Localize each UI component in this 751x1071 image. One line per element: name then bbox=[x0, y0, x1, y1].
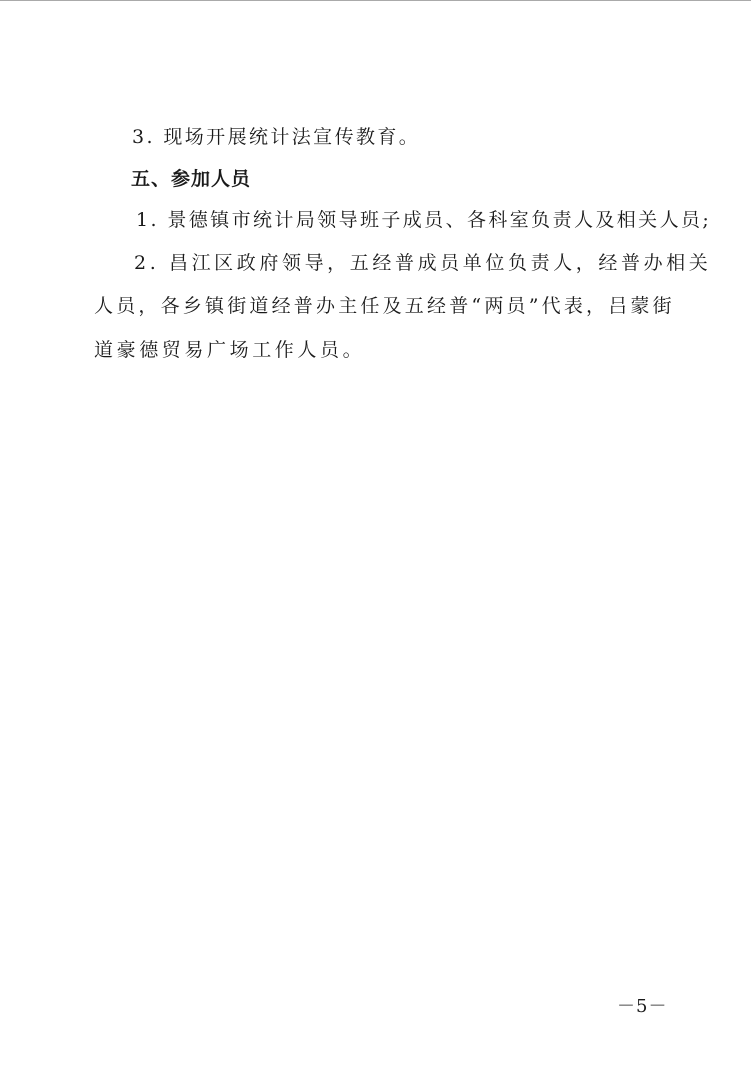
section-heading: 五、参加人员 bbox=[131, 167, 251, 191]
attendee-item-2-line-3: 道豪德贸易广场工作人员。 bbox=[94, 338, 365, 362]
attendee-item-1: 1. 景德镇市统计局领导班子成员、各科室负责人及相关人员; bbox=[136, 208, 711, 232]
list-item-3: 3. 现场开展统计法宣传教育。 bbox=[132, 125, 420, 149]
page-number: －5－ bbox=[617, 992, 667, 1018]
attendee-item-2-line-2: 人员，各乡镇街道经普办主任及五经普“两员”代表，吕蒙街 bbox=[94, 294, 675, 318]
attendee-item-2-line-1: 2. 昌江区政府领导，五经普成员单位负责人，经普办相关 bbox=[134, 251, 711, 275]
top-border-line bbox=[0, 0, 751, 1]
